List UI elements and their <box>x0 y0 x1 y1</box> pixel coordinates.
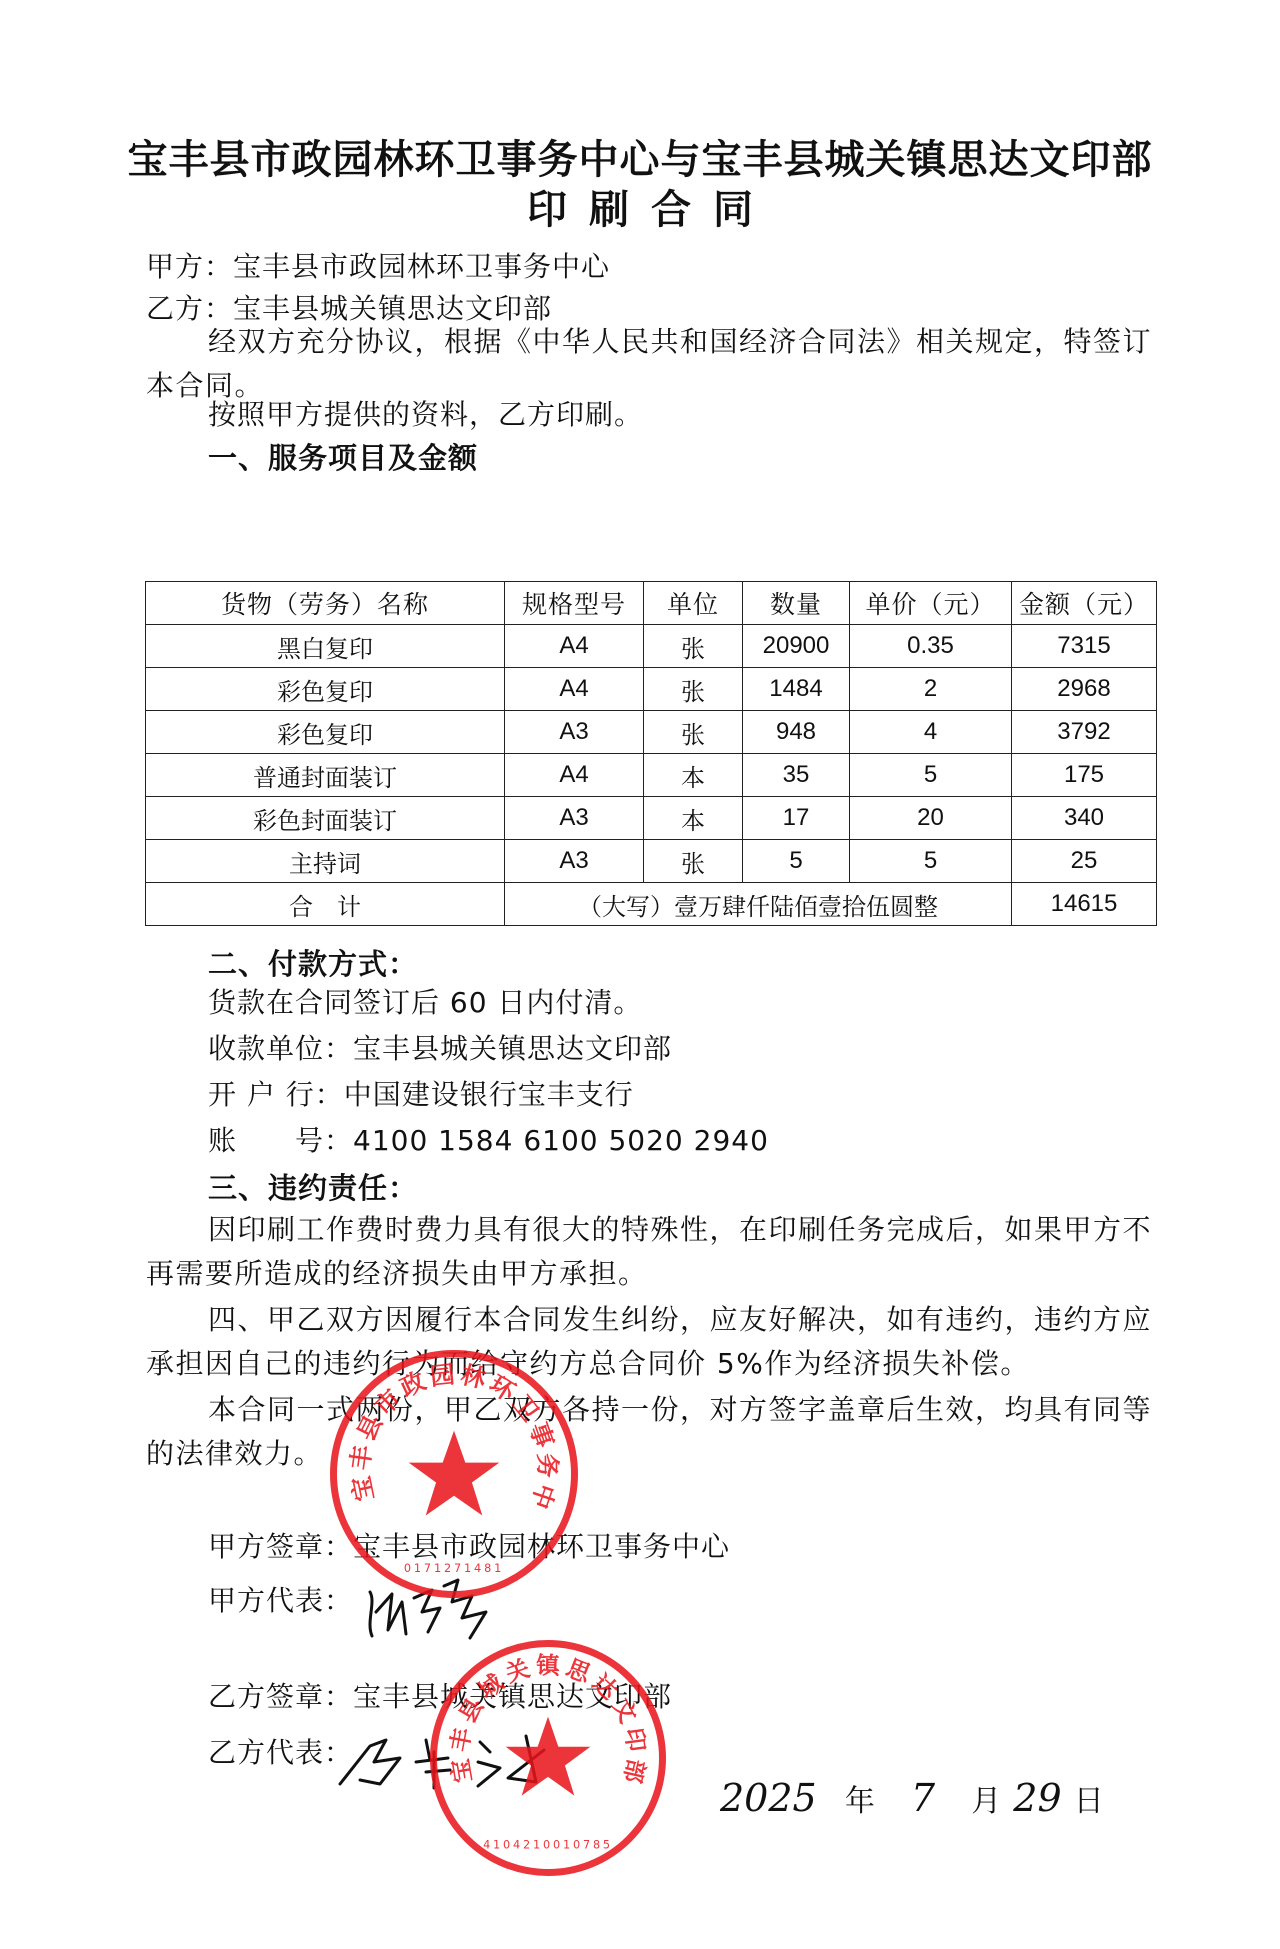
cell-unit: 张 <box>644 840 743 883</box>
cell-spec: A3 <box>505 711 644 754</box>
cell-spec: A4 <box>505 668 644 711</box>
total-label: 合 计 <box>146 883 505 926</box>
col-header-unit: 单位 <box>644 582 743 625</box>
cell-unit-price: 5 <box>850 754 1012 797</box>
cell-unit: 本 <box>644 797 743 840</box>
party-a-line: 甲方：宝丰县市政园林环卫事务中心 <box>146 250 610 284</box>
liability-paragraph: 因印刷工作费时费力具有很大的特殊性，在印刷任务完成后，如果甲方不再需要所造成的经… <box>146 1208 1156 1296</box>
cell-quantity: 20900 <box>743 625 850 668</box>
total-amount: 14615 <box>1012 883 1157 926</box>
cell-name: 彩色复印 <box>146 668 505 711</box>
date-day: 29 <box>1013 1776 1061 1820</box>
party-a-signature-icon <box>362 1572 502 1652</box>
copies-paragraph: 本合同一式两份，甲乙双方各持一份，对方签字盖章后生效，均具有同等的法律效力。 <box>146 1388 1156 1476</box>
cell-amount: 175 <box>1012 754 1157 797</box>
table-row: 彩色复印 A4 张 1484 2 2968 <box>146 668 1157 711</box>
party-a-seal-line: 甲方签章：宝丰县市政园林环卫事务中心 <box>208 1530 730 1564</box>
party-b-rep-label: 乙方代表： <box>208 1736 353 1770</box>
col-header-quantity: 数量 <box>743 582 850 625</box>
cell-spec: A3 <box>505 840 644 883</box>
col-header-spec: 规格型号 <box>505 582 644 625</box>
cell-amount: 25 <box>1012 840 1157 883</box>
cell-unit: 张 <box>644 668 743 711</box>
col-header-amount: 金额（元） <box>1012 582 1157 625</box>
cell-amount: 340 <box>1012 797 1157 840</box>
date-month: 7 <box>911 1776 935 1820</box>
contract-title: 宝丰县市政园林环卫事务中心与宝丰县城关镇思达文印部 <box>0 128 1280 185</box>
svg-text:宝丰县城关镇思达文印部: 宝丰县城关镇思达文印部 <box>445 1651 651 1790</box>
cell-unit-price: 2 <box>850 668 1012 711</box>
table-row: 黑白复印 A4 张 20900 0.35 7315 <box>146 625 1157 668</box>
cell-quantity: 948 <box>743 711 850 754</box>
section-3-heading: 三、违约责任： <box>208 1166 418 1207</box>
section-1-heading: 一、服务项目及金额 <box>208 538 478 579</box>
intro-paragraph-2: 按照甲方提供的资料，乙方印刷。 <box>208 398 643 432</box>
account-line: 账 号：4100 1584 6100 5020 2940 <box>208 1124 769 1158</box>
cell-quantity: 17 <box>743 797 850 840</box>
cell-amount: 7315 <box>1012 625 1157 668</box>
cell-unit-price: 5 <box>850 840 1012 883</box>
cell-amount: 3792 <box>1012 711 1157 754</box>
cell-name: 普通封面装订 <box>146 754 505 797</box>
contract-subtitle: 印刷合同 <box>0 178 1280 235</box>
section-1-heading-text: 一、服务项目及金额 <box>208 441 478 475</box>
bank-line: 开 户 行：中国建设银行宝丰支行 <box>208 1078 634 1112</box>
cell-unit: 张 <box>644 625 743 668</box>
service-items-table: 货物（劳务）名称 规格型号 单位 数量 单价（元） 金额（元） 黑白复印 A4 … <box>145 581 1157 926</box>
cell-name: 彩色复印 <box>146 711 505 754</box>
total-in-words: （大写）壹万肆仟陆佰壹拾伍圆整 <box>505 883 1012 926</box>
cell-quantity: 35 <box>743 754 850 797</box>
cell-unit: 张 <box>644 711 743 754</box>
cell-spec: A4 <box>505 625 644 668</box>
cell-name: 彩色封面装订 <box>146 797 505 840</box>
table-total-row: 合 计 （大写）壹万肆仟陆佰壹拾伍圆整 14615 <box>146 883 1157 926</box>
cell-unit-price: 4 <box>850 711 1012 754</box>
intro-paragraph: 经双方充分协议，根据《中华人民共和国经济合同法》相关规定，特签订本合同。 <box>146 320 1156 408</box>
party-b-seal-line: 乙方签章：宝丰县城关镇思达文印部 <box>208 1680 672 1714</box>
cell-unit-price: 20 <box>850 797 1012 840</box>
contract-page: 宝丰县市政园林环卫事务中心与宝丰县城关镇思达文印部 印刷合同 甲方：宝丰县市政园… <box>0 0 1280 1949</box>
cell-spec: A3 <box>505 797 644 840</box>
table-row: 主持词 A3 张 5 5 25 <box>146 840 1157 883</box>
col-header-unit-price: 单价（元） <box>850 582 1012 625</box>
date-month-unit: 月 <box>971 1784 1001 1819</box>
sign-date: 2025 年 7 月 29 日 <box>720 1776 1104 1820</box>
cell-amount: 2968 <box>1012 668 1157 711</box>
dispute-paragraph: 四、甲乙双方因履行本合同发生纠纷，应友好解决，如有违约，违约方应承担因自己的违约… <box>146 1298 1156 1386</box>
cell-unit-price: 0.35 <box>850 625 1012 668</box>
svg-text:4104210010785: 4104210010785 <box>483 1838 613 1851</box>
table-header-row: 货物（劳务）名称 规格型号 单位 数量 单价（元） 金额（元） <box>146 582 1157 625</box>
table-row: 普通封面装订 A4 本 35 5 175 <box>146 754 1157 797</box>
date-day-unit: 日 <box>1074 1784 1104 1819</box>
cell-name: 黑白复印 <box>146 625 505 668</box>
col-header-name: 货物（劳务）名称 <box>146 582 505 625</box>
party-a-rep-label: 甲方代表： <box>208 1584 353 1618</box>
section-2-heading: 二、付款方式： <box>208 942 418 983</box>
payee-line: 收款单位：宝丰县城关镇思达文印部 <box>208 1032 672 1066</box>
table-row: 彩色封面装订 A3 本 17 20 340 <box>146 797 1157 840</box>
cell-unit: 本 <box>644 754 743 797</box>
date-year: 2025 <box>720 1776 817 1820</box>
table-row: 彩色复印 A3 张 948 4 3792 <box>146 711 1157 754</box>
date-year-unit: 年 <box>845 1784 875 1819</box>
cell-quantity: 1484 <box>743 668 850 711</box>
party-b-seal: 宝丰县城关镇思达文印部 4104210010785 <box>430 1640 666 1876</box>
cell-spec: A4 <box>505 754 644 797</box>
party-b-signature-icon <box>330 1722 590 1802</box>
cell-name: 主持词 <box>146 840 505 883</box>
payment-terms: 货款在合同签订后 60 日内付清。 <box>208 986 642 1020</box>
cell-quantity: 5 <box>743 840 850 883</box>
